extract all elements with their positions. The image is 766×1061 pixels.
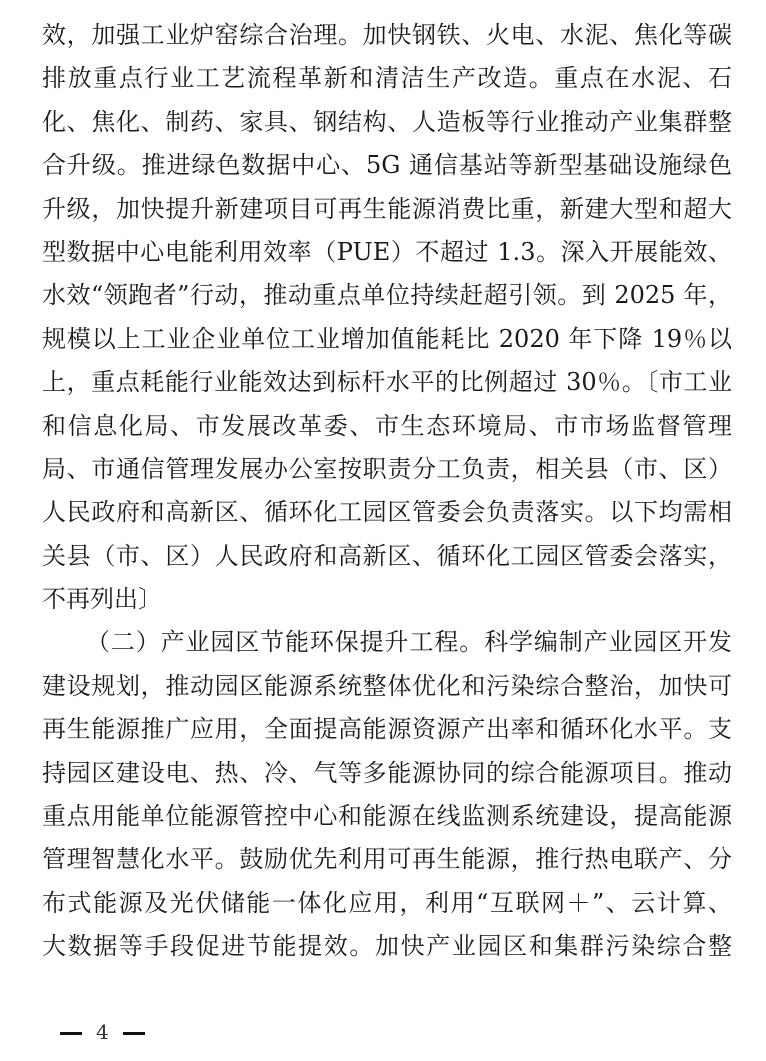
text-line: 重点用能单位能源管控中心和能源在线监测系统建设，提高能源 — [42, 795, 732, 838]
text-line: 再生能源推广应用，全面提高能源资源产出率和循环化水平。支 — [42, 708, 732, 751]
paragraph-1: 效，加强工业炉窑综合治理。加快钢铁、火电、水泥、焦化等碳 排放重点行业工艺流程革… — [42, 14, 732, 621]
text-line: 合升级。推进绿色数据中心、5G 通信基站等新型基础设施绿色 — [42, 144, 732, 187]
text-line: 水效“领跑者”行动，推动重点单位持续赶超引领。到 2025 年， — [42, 274, 732, 317]
dash-right — [123, 1032, 145, 1035]
text-line: 持园区建设电、热、冷、气等多能源协同的综合能源项目。推动 — [42, 752, 732, 795]
text-line: 建设规划，推动园区能源系统整体优化和污染综合整治，加快可 — [42, 665, 732, 708]
text-line: 和信息化局、市发展改革委、市生态环境局、市市场监督管理 — [42, 405, 732, 448]
text-line: 型数据中心电能利用效率（PUE）不超过 1.3。深入开展能效、 — [42, 231, 732, 274]
text-line: 管理智慧化水平。鼓励优先利用可再生能源，推行热电联产、分 — [42, 838, 732, 881]
text-line: 升级，加快提升新建项目可再生能源消费比重，新建大型和超大 — [42, 188, 732, 231]
document-page: 效，加强工业炉窑综合治理。加快钢铁、火电、水泥、焦化等碳 排放重点行业工艺流程革… — [42, 14, 732, 969]
text-line: 规模以上工业企业单位工业增加值能耗比 2020 年下降 19％以 — [42, 318, 732, 361]
text-line: 效，加强工业炉窑综合治理。加快钢铁、火电、水泥、焦化等碳 — [42, 14, 732, 57]
page-number-value: 4 — [96, 1020, 109, 1044]
text-line: 排放重点行业工艺流程革新和清洁生产改造。重点在水泥、石 — [42, 57, 732, 100]
section-heading-line: （二）产业园区节能环保提升工程。科学编制产业园区开发 — [42, 621, 732, 664]
text-line: 化、焦化、制药、家具、钢结构、人造板等行业推动产业集群整 — [42, 101, 732, 144]
text-line: 不再列出〕 — [42, 578, 732, 621]
paragraph-2: （二）产业园区节能环保提升工程。科学编制产业园区开发 建设规划，推动园区能源系统… — [42, 621, 732, 968]
dash-left — [60, 1032, 82, 1035]
text-line: 关县（市、区）人民政府和高新区、循环化工园区管委会落实， — [42, 535, 732, 578]
text-line: 大数据等手段促进节能提效。加快产业园区和集群污染综合整 — [42, 925, 732, 968]
text-line: 人民政府和高新区、循环化工园区管委会负责落实。以下均需相 — [42, 491, 732, 534]
page-number: 4 — [60, 1020, 145, 1045]
text-line: 局、市通信管理发展办公室按职责分工负责，相关县（市、区） — [42, 448, 732, 491]
text-line: 布式能源及光伏储能一体化应用，利用“互联网＋”、云计算、 — [42, 882, 732, 925]
text-line: 上，重点耗能行业能效达到标杆水平的比例超过 30％。〔市工业 — [42, 361, 732, 404]
